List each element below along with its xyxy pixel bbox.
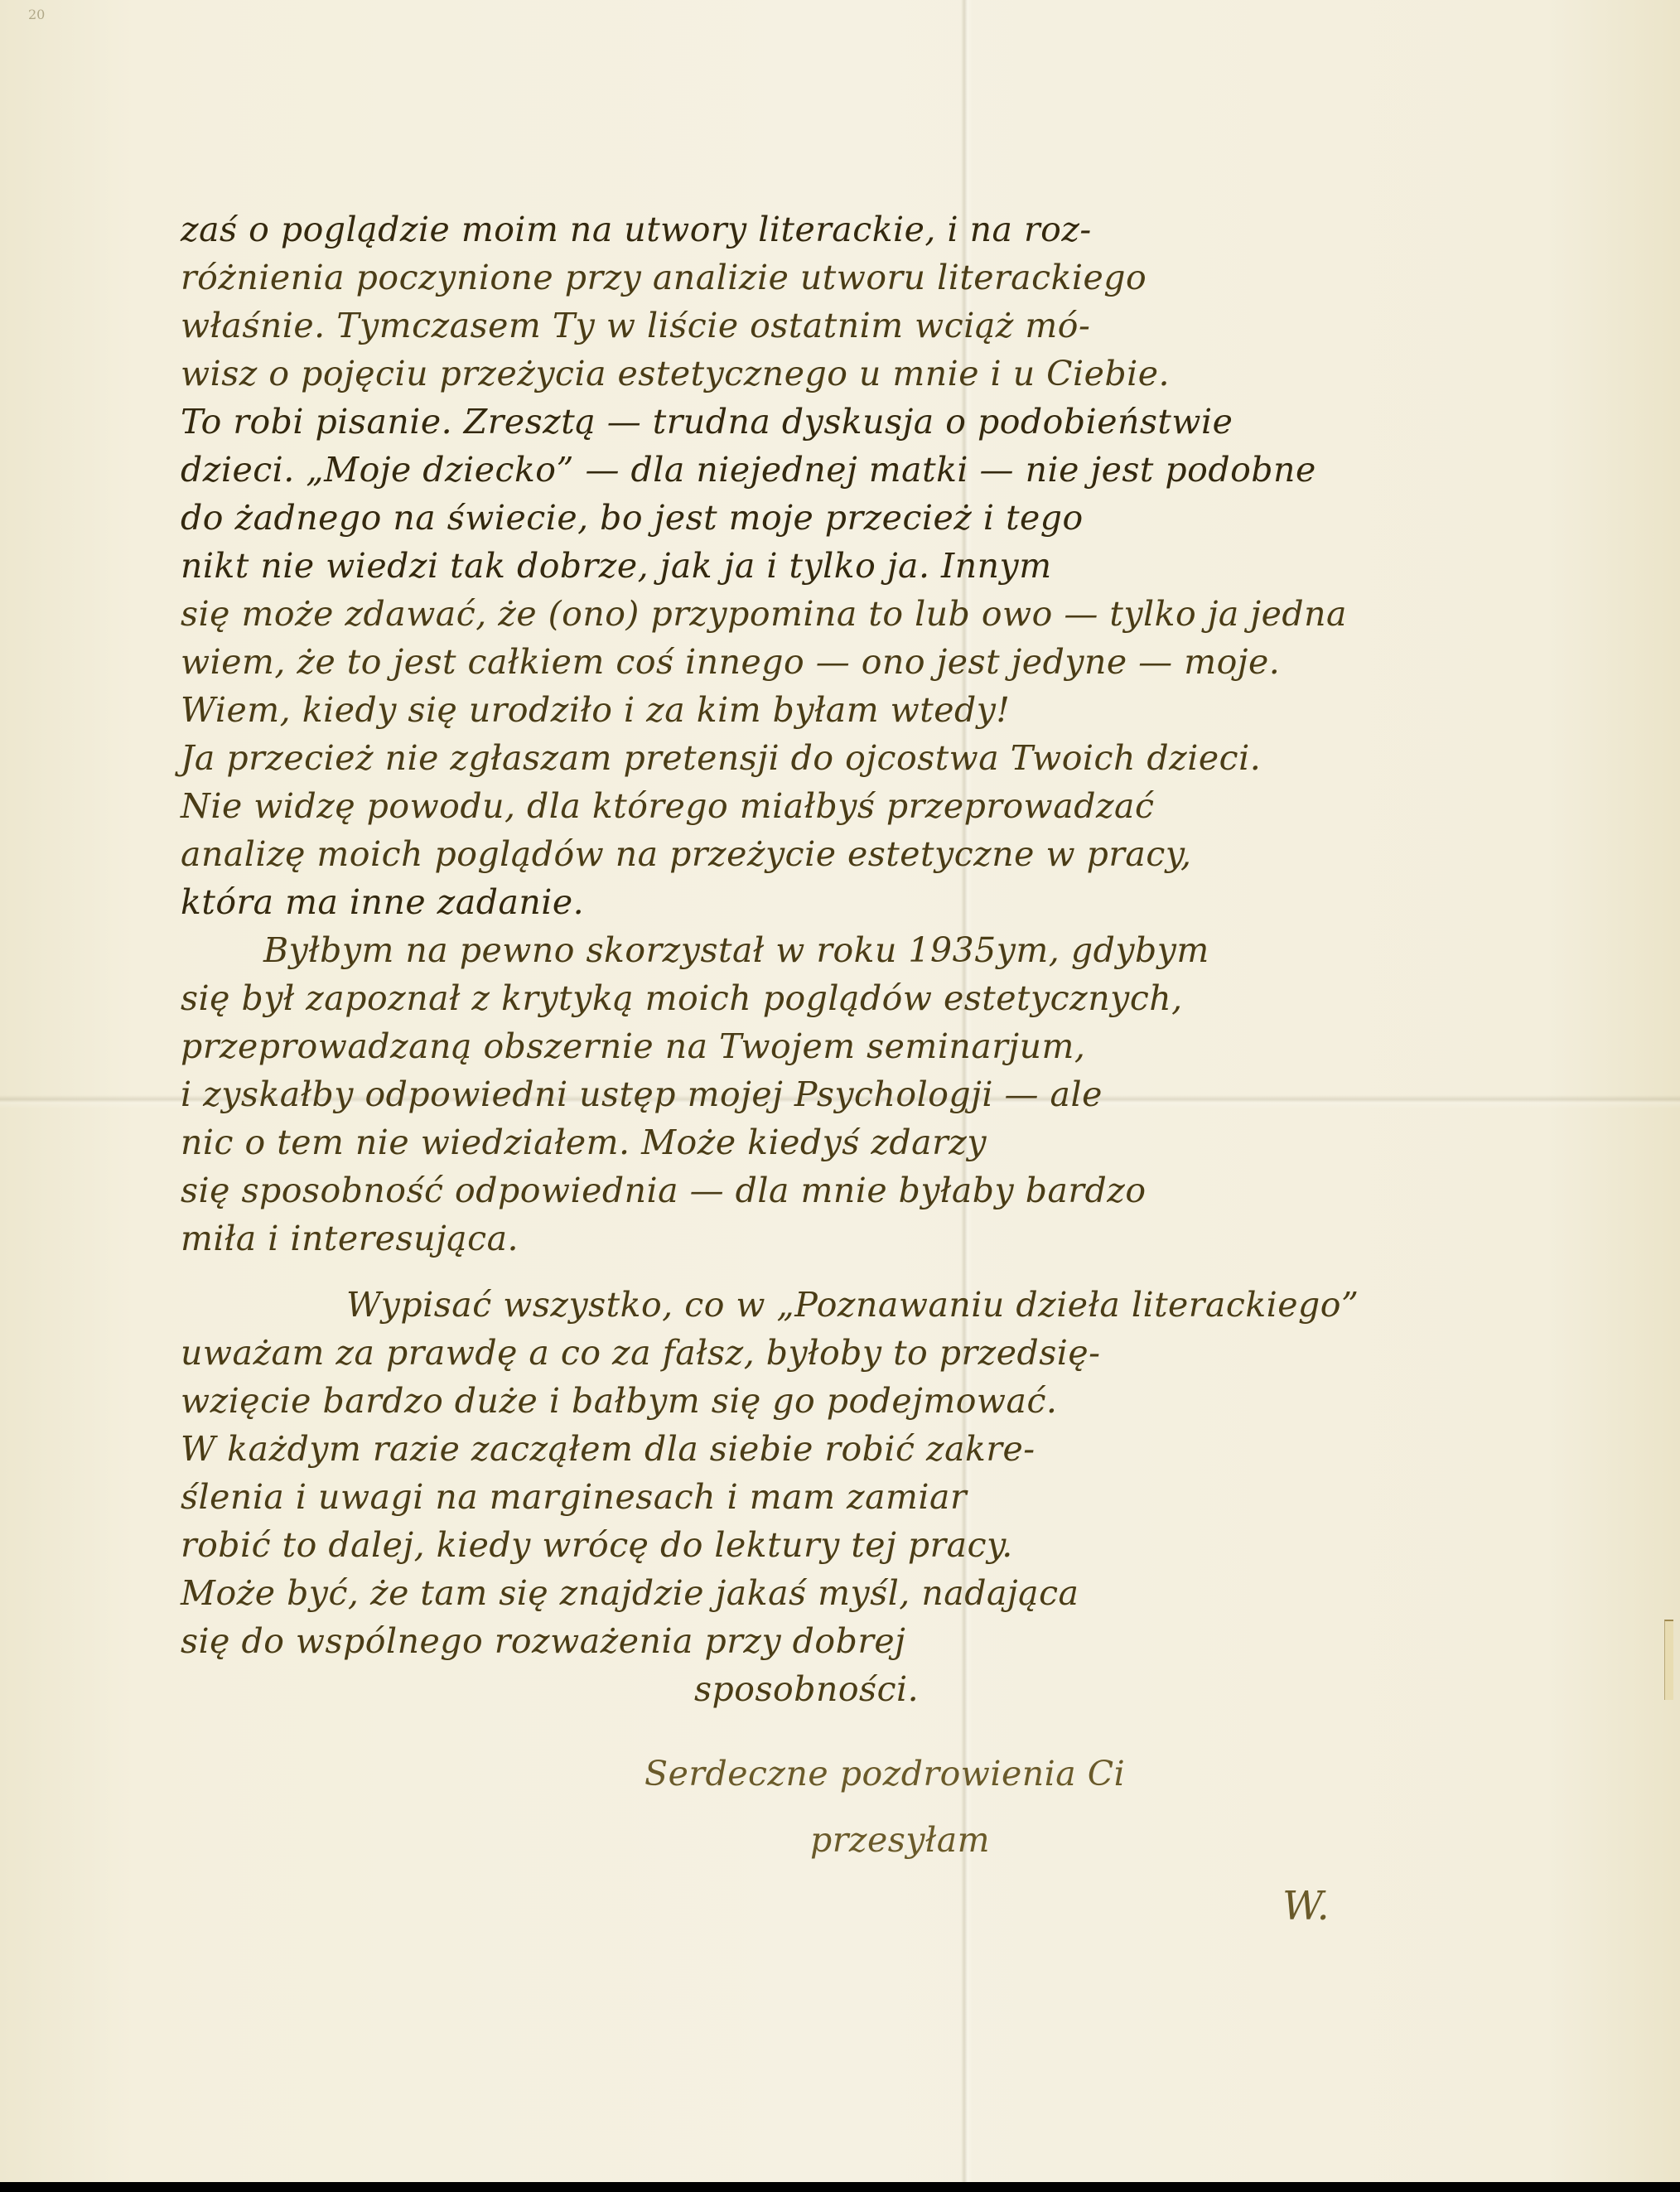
letter-body: zaś o poglądzie moim na utwory literacki… (181, 205, 1639, 1930)
closing-gap (181, 1864, 1639, 1882)
letter-page: 20 zaś o poglądzie moim na utwory litera… (0, 0, 1680, 2182)
text-line: wzięcie bardzo duże i bałbym się go pode… (181, 1377, 1639, 1425)
paragraph-2: Byłbym na pewno skorzystał w roku 1935ym… (181, 926, 1639, 1263)
signature: W. (181, 1882, 1639, 1930)
text-line: Byłbym na pewno skorzystał w roku 1935ym… (181, 926, 1639, 974)
text-line: Wypisać wszystko, co w „Poznawaniu dzieł… (181, 1281, 1639, 1329)
text-line: wiem, że to jest całkiem coś innego — on… (181, 638, 1639, 686)
text-line: przeprowadzaną obszernie na Twojem semin… (181, 1022, 1639, 1070)
text-line: W każdym razie zacząłem dla siebie robić… (181, 1425, 1639, 1473)
text-line: robić to dalej, kiedy wrócę do lektury t… (181, 1521, 1639, 1569)
text-line: się do wspólnego rozważenia przy dobrej (181, 1617, 1639, 1665)
paragraph-gap (181, 1263, 1639, 1281)
text-line: różnienia poczynione przy analizie utwor… (181, 253, 1639, 302)
closing-greeting: Serdeczne pozdrowienia Ci (181, 1750, 1639, 1798)
text-line: Wiem, kiedy się urodziło i za kim byłam … (181, 686, 1639, 734)
page-number: 20 (28, 7, 45, 22)
text-line: miła i interesująca. (181, 1214, 1639, 1263)
closing-gap (181, 1713, 1639, 1731)
closing-gap (181, 1731, 1639, 1750)
text-line: zaś o poglądzie moim na utwory literacki… (181, 205, 1639, 253)
text-line: Ja przecież nie zgłaszam pretensji do oj… (181, 734, 1639, 782)
closing-sending: przesyłam (181, 1816, 1639, 1864)
text-line: się może zdawać, że (ono) przypomina to … (181, 590, 1639, 638)
text-line: Może być, że tam się znajdzie jakaś myśl… (181, 1569, 1639, 1617)
text-line: analizę moich poglądów na przeżycie este… (181, 830, 1639, 878)
text-line: dzieci. „Moje dziecko” — dla niejednej m… (181, 446, 1639, 494)
closing: Serdeczne pozdrowienia Ci przesyłam W. (181, 1750, 1639, 1930)
text-line: właśnie. Tymczasem Ty w liście ostatnim … (181, 302, 1639, 350)
text-line: To robi pisanie. Zresztą — trudna dyskus… (181, 398, 1639, 446)
text-line: się był zapoznał z krytyką moich poglądó… (181, 974, 1639, 1022)
text-line: sposobności. (181, 1665, 1639, 1713)
text-line: nikt nie wiedzi tak dobrze, jak ja i tyl… (181, 542, 1639, 590)
paragraph-3: Wypisać wszystko, co w „Poznawaniu dzieł… (181, 1281, 1639, 1713)
text-line: Nie widzę powodu, dla którego miałbyś pr… (181, 782, 1639, 830)
text-line: nic o tem nie wiedziałem. Może kiedyś zd… (181, 1118, 1639, 1166)
text-line: do żadnego na świecie, bo jest moje prze… (181, 494, 1639, 542)
text-line: i zyskałby odpowiedni ustęp mojej Psycho… (181, 1070, 1639, 1118)
paragraph-1: zaś o poglądzie moim na utwory literacki… (181, 205, 1639, 926)
text-line: która ma inne zadanie. (181, 878, 1639, 926)
text-line: ślenia i uwagi na marginesach i mam zami… (181, 1473, 1639, 1521)
closing-gap (181, 1798, 1639, 1816)
text-line: uważam za prawdę a co za fałsz, byłoby t… (181, 1329, 1639, 1377)
text-line: wisz o pojęciu przeżycia estetycznego u … (181, 350, 1639, 398)
text-line: się sposobność odpowiednia — dla mnie by… (181, 1166, 1639, 1214)
